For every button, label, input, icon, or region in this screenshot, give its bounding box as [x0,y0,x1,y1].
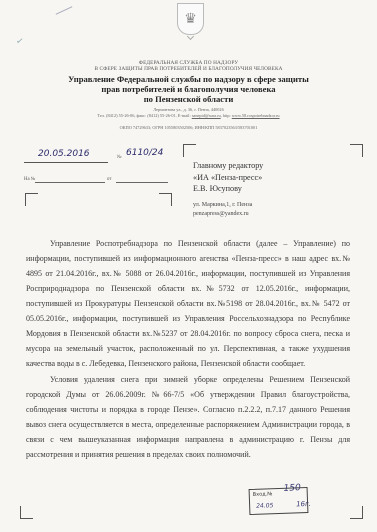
org-title-line1: Управление Федеральной службы по надзору… [0,74,377,85]
recipient-address: ул. Маркина,1, г. Пенза [193,201,252,210]
outgoing-number: 6110/24 [126,148,163,158]
org-codes: ОКПО 74729633; ОГРН 1055803502506; ИНН/К… [0,125,377,130]
recipient-block: Главному редактору «ИА «Пенза-пресс» Е.В… [193,160,263,195]
contacts-prefix: Тел. (8412) 55-26-06, факс: (8412) 55-26… [97,113,191,118]
org-title-line3: по Пензенской области [0,94,377,105]
address-corner-left [183,144,196,157]
stamp-date: 24.05 [256,502,273,510]
ref-from-label: от [107,177,111,182]
subject-corner-left [25,193,38,206]
contacts-mid: , http: [221,113,232,118]
org-contacts: Тел. (8412) 55-26-06, факс: (8412) 55-26… [0,113,377,118]
website-link[interactable]: www.58.rospotrebnadzor.ru [232,113,280,118]
ref-number-label: На № [24,177,35,182]
org-address: Лермонтова ул., д. 36, г. Пенза, 440026 [0,107,377,112]
letter-page: ✓ ♛ ФЕДЕРАЛЬНАЯ СЛУЖБА ПО НАДЗОРУ В СФЕР… [0,0,377,532]
pen-mark [56,6,73,15]
ref-number-line [35,182,105,183]
footer-corner-left [20,506,33,519]
incoming-stamp: Вход.№ 150 24.05 16г. [249,487,309,515]
coat-of-arms-icon: ♛ [177,3,204,35]
stamp-number: 150 [283,483,301,494]
body-paragraph-1: Управление Роспотребнадзора по Пензенско… [26,236,350,371]
footer-corner-right [350,506,363,519]
recipient-org: «ИА «Пенза-пресс» [193,172,263,184]
recipient-email: penzapress@yandex.ru [193,210,252,219]
recipient-name: Е.В. Юсупову [193,183,263,195]
recipient-title: Главному редактору [193,160,263,172]
checkmark-icon: ✓ [15,35,24,47]
address-corner-right [350,144,363,157]
stamp-label: Вход.№ [253,491,273,498]
body-paragraph-2: Условия удаления снега при зимней уборке… [26,372,350,462]
outgoing-date: 20.05.2016 [38,149,90,159]
ref-from-line [116,182,168,183]
number-label: № [117,155,122,160]
stamp-year: 16г. [296,500,311,509]
subject-corner-right [159,193,172,206]
recipient-address-block: ул. Маркина,1, г. Пенза penzapress@yande… [193,201,252,218]
email-link[interactable]: sanepid@sura.ru [192,113,221,118]
agency-name-line2: В СФЕРЕ ЗАЩИТЫ ПРАВ ПОТРЕБИТЕЛЕЙ И БЛАГО… [0,66,377,72]
org-title-line2: прав потребителей и благополучия человек… [0,84,377,95]
letter-body: Управление Роспотребнадзора по Пензенско… [26,236,350,462]
